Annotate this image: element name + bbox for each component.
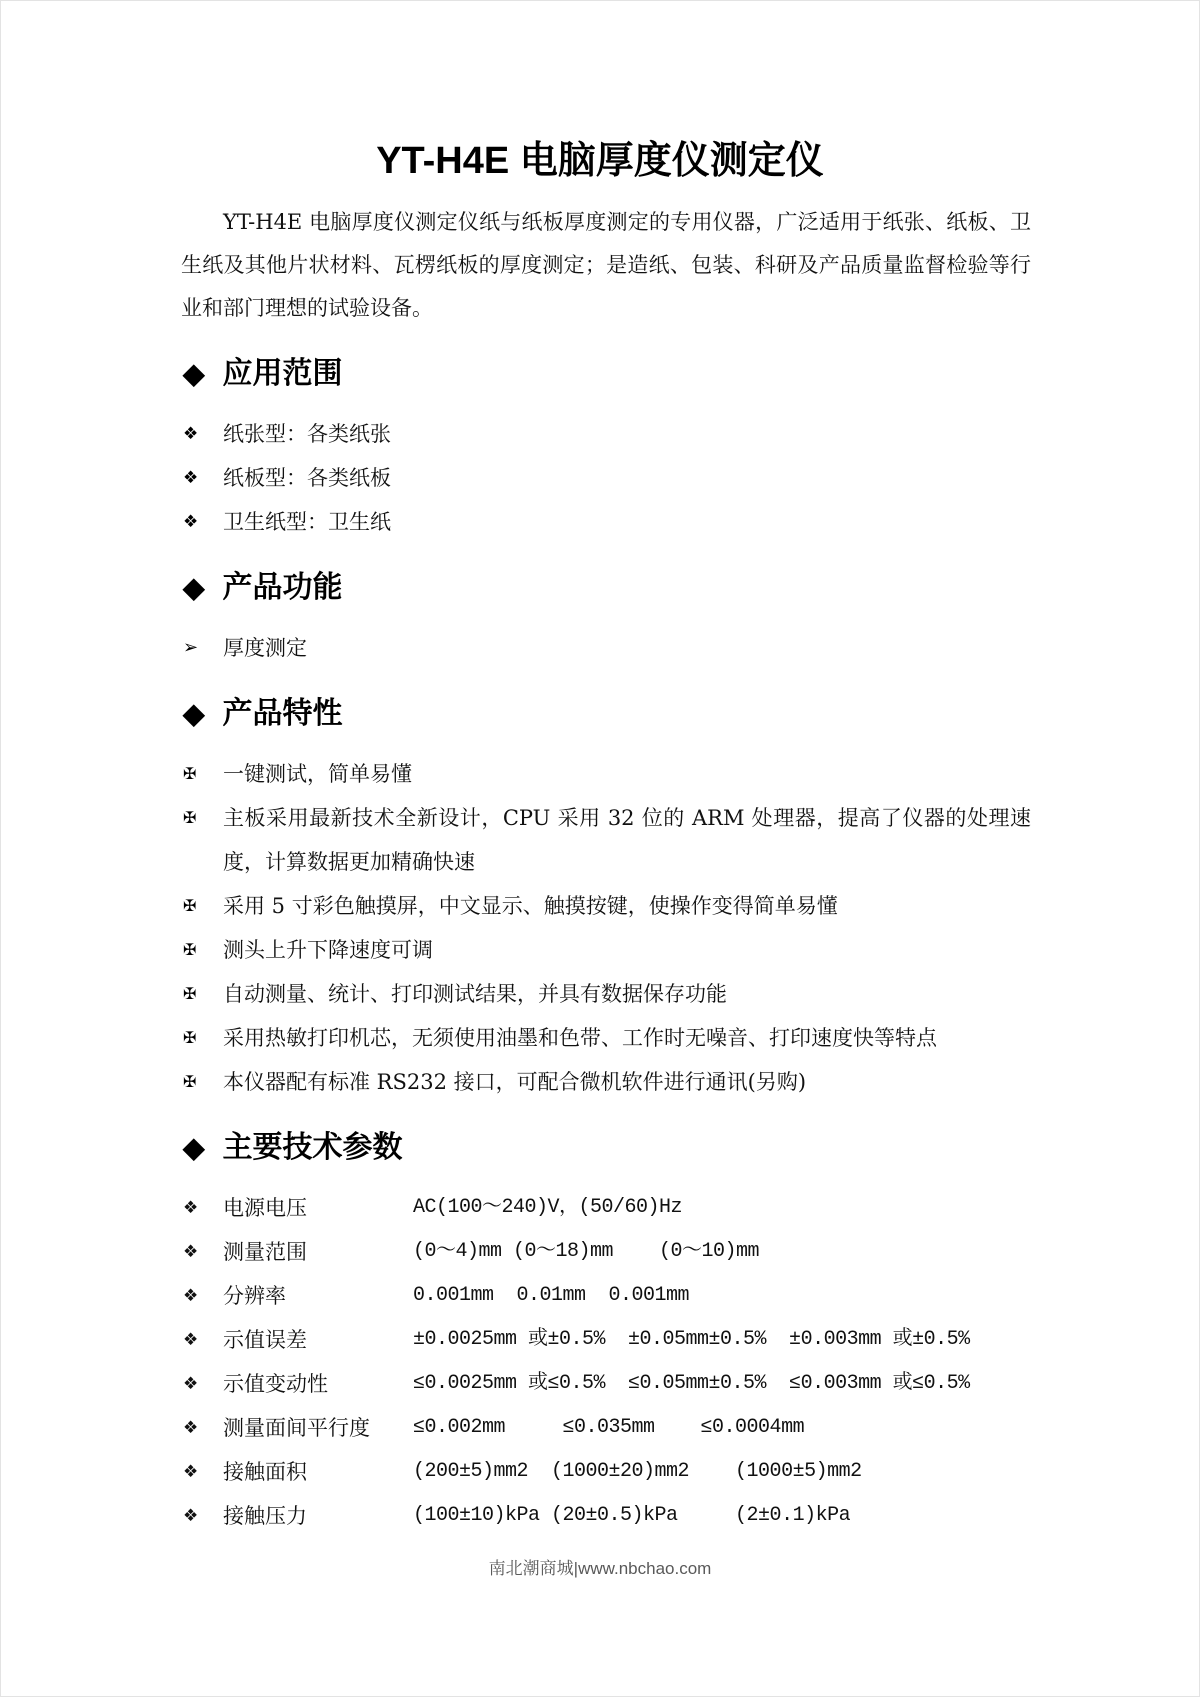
maltese-cross-bullet-icon: ✠ [183,796,223,840]
list-item: ✠ 本仪器配有标准 RS232 接口，可配合微机软件进行通讯(另购) [1,1060,1199,1104]
footer-watermark: 南北潮商城|www.nbchao.com [1,1554,1199,1579]
document-page: YT-H4E 电脑厚度仪测定仪 YT-H4E 电脑厚度仪测定仪纸与纸板厚度测定的… [0,0,1200,1697]
list-item-text: 采用热敏打印机芯，无须使用油墨和色带、工作时无噪音、打印速度快等特点 [223,1016,1031,1060]
intro-paragraph: YT-H4E 电脑厚度仪测定仪纸与纸板厚度测定的专用仪器，广泛适用于纸张、纸板、… [181,201,1031,330]
four-diamond-bullet-icon: ❖ [183,1450,223,1494]
list-item: ✠ 自动测量、统计、打印测试结果，并具有数据保存功能 [1,972,1199,1016]
spec-row: ❖ 接触压力 (100±10)kPa (20±0.5)kPa (2±0.1)kP… [1,1494,1199,1538]
list-item: ✠ 采用 5 寸彩色触摸屏，中文显示、触摸按键，使操作变得简单易懂 [1,884,1199,928]
list-item: ❖ 卫生纸型：卫生纸 [1,500,1199,544]
spec-value: ≤0.0025mm 或≤0.5% ≤0.05mm±0.5% ≤0.003mm 或… [413,1362,1079,1406]
spec-value: 0.001mm 0.01mm 0.001mm [413,1274,1079,1318]
list-item-text: 本仪器配有标准 RS232 接口，可配合微机软件进行通讯(另购) [223,1060,1031,1104]
functions-list: ➢ 厚度测定 [1,626,1199,670]
arrowhead-bullet-icon: ➢ [183,626,223,670]
four-diamond-bullet-icon: ❖ [183,1362,223,1406]
spec-label: 测量范围 [223,1230,413,1274]
section-heading-label: 产品特性 [223,694,343,734]
list-item: ✠ 一键测试，简单易懂 [1,752,1199,796]
list-item: ❖ 纸张型：各类纸张 [1,412,1199,456]
list-item-text: 自动测量、统计、打印测试结果，并具有数据保存功能 [223,972,1031,1016]
list-item-text: 厚度测定 [223,626,1031,670]
four-diamond-bullet-icon: ❖ [183,456,223,500]
maltese-cross-bullet-icon: ✠ [183,928,223,972]
spec-row: ❖ 示值误差 ±0.0025mm 或±0.5% ±0.05mm±0.5% ±0.… [1,1318,1199,1362]
four-diamond-bullet-icon: ❖ [183,500,223,544]
diamond-icon: ◆ [183,354,205,394]
spec-row: ❖ 分辨率 0.001mm 0.01mm 0.001mm [1,1274,1199,1318]
list-item-text: 采用 5 寸彩色触摸屏，中文显示、触摸按键，使操作变得简单易懂 [223,884,1031,928]
four-diamond-bullet-icon: ❖ [183,1274,223,1318]
section-heading-label: 产品功能 [223,568,343,608]
features-list: ✠ 一键测试，简单易懂 ✠ 主板采用最新技术全新设计，CPU 采用 32 位的 … [1,752,1199,1104]
spec-row: ❖ 测量面间平行度 ≤0.002mm ≤0.035mm ≤0.0004mm [1,1406,1199,1450]
application-list: ❖ 纸张型：各类纸张 ❖ 纸板型：各类纸板 ❖ 卫生纸型：卫生纸 [1,412,1199,544]
maltese-cross-bullet-icon: ✠ [183,1016,223,1060]
four-diamond-bullet-icon: ❖ [183,1406,223,1450]
four-diamond-bullet-icon: ❖ [183,1230,223,1274]
spec-label: 示值变动性 [223,1362,413,1406]
four-diamond-bullet-icon: ❖ [183,1186,223,1230]
spec-label: 示值误差 [223,1318,413,1362]
spec-row: ❖ 电源电压 AC(100～240)V，(50/60)Hz [1,1186,1199,1230]
diamond-icon: ◆ [183,568,205,608]
spec-row: ❖ 测量范围 (0～4)mm (0～18)mm (0～10)mm [1,1230,1199,1274]
section-heading-specs: ◆ 主要技术参数 [183,1128,1199,1168]
four-diamond-bullet-icon: ❖ [183,412,223,456]
list-item-text: 纸张型：各类纸张 [223,412,1031,456]
maltese-cross-bullet-icon: ✠ [183,1060,223,1104]
section-heading-application: ◆ 应用范围 [183,354,1199,394]
spec-value: (200±5)mm2 (1000±20)mm2 (1000±5)mm2 [413,1450,1079,1494]
spec-label: 分辨率 [223,1274,413,1318]
specs-table: ❖ 电源电压 AC(100～240)V，(50/60)Hz ❖ 测量范围 (0～… [1,1186,1199,1538]
section-heading-functions: ◆ 产品功能 [183,568,1199,608]
list-item: ❖ 纸板型：各类纸板 [1,456,1199,500]
spec-row: ❖ 示值变动性 ≤0.0025mm 或≤0.5% ≤0.05mm±0.5% ≤0… [1,1362,1199,1406]
four-diamond-bullet-icon: ❖ [183,1318,223,1362]
diamond-icon: ◆ [183,694,205,734]
list-item-text: 主板采用最新技术全新设计，CPU 采用 32 位的 ARM 处理器，提高了仪器的… [223,796,1031,884]
spec-value: ≤0.002mm ≤0.035mm ≤0.0004mm [413,1406,1079,1450]
spec-label: 电源电压 [223,1186,413,1230]
maltese-cross-bullet-icon: ✠ [183,752,223,796]
section-heading-label: 应用范围 [223,354,343,394]
diamond-icon: ◆ [183,1128,205,1168]
spec-value: ±0.0025mm 或±0.5% ±0.05mm±0.5% ±0.003mm 或… [413,1318,1079,1362]
list-item-text: 一键测试，简单易懂 [223,752,1031,796]
spec-label: 测量面间平行度 [223,1406,413,1450]
four-diamond-bullet-icon: ❖ [183,1494,223,1538]
list-item-text: 纸板型：各类纸板 [223,456,1031,500]
section-heading-features: ◆ 产品特性 [183,694,1199,734]
spec-row: ❖ 接触面积 (200±5)mm2 (1000±20)mm2 (1000±5)m… [1,1450,1199,1494]
page-title: YT-H4E 电脑厚度仪测定仪 [1,137,1199,185]
spec-value: AC(100～240)V，(50/60)Hz [413,1186,1079,1230]
spec-value: (0～4)mm (0～18)mm (0～10)mm [413,1230,1079,1274]
list-item: ✠ 测头上升下降速度可调 [1,928,1199,972]
spec-label: 接触面积 [223,1450,413,1494]
spec-value: (100±10)kPa (20±0.5)kPa (2±0.1)kPa [413,1494,1079,1538]
maltese-cross-bullet-icon: ✠ [183,884,223,928]
maltese-cross-bullet-icon: ✠ [183,972,223,1016]
spec-label: 接触压力 [223,1494,413,1538]
list-item: ✠ 主板采用最新技术全新设计，CPU 采用 32 位的 ARM 处理器，提高了仪… [1,796,1199,884]
list-item-text: 测头上升下降速度可调 [223,928,1031,972]
list-item: ✠ 采用热敏打印机芯，无须使用油墨和色带、工作时无噪音、打印速度快等特点 [1,1016,1199,1060]
section-heading-label: 主要技术参数 [223,1128,403,1168]
list-item: ➢ 厚度测定 [1,626,1199,670]
list-item-text: 卫生纸型：卫生纸 [223,500,1031,544]
